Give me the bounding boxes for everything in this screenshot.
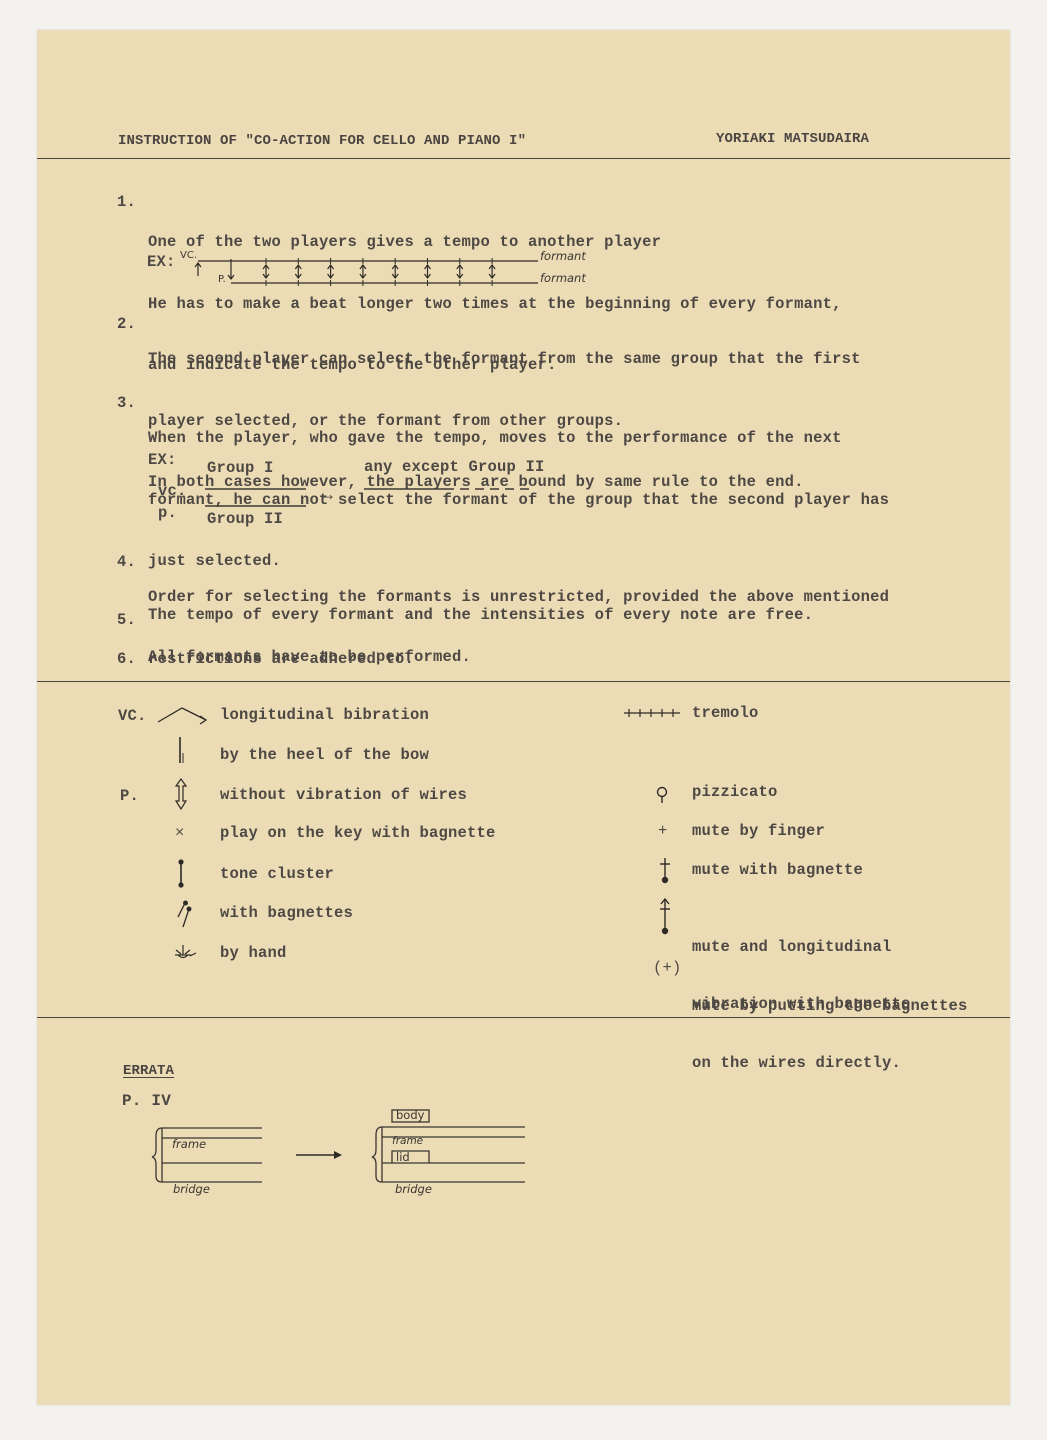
bridge-label-after: bridge [395, 1182, 432, 1196]
body-label-after: body [396, 1108, 424, 1122]
errata-diagram [0, 0, 1047, 1210]
frame-label-after: frame [392, 1135, 423, 1147]
arrow-icon [296, 1151, 342, 1159]
before-diagram [152, 1128, 262, 1182]
lid-label-after: lid [396, 1150, 410, 1164]
bridge-label-before: bridge [173, 1182, 210, 1196]
frame-label-before: frame [172, 1137, 206, 1151]
